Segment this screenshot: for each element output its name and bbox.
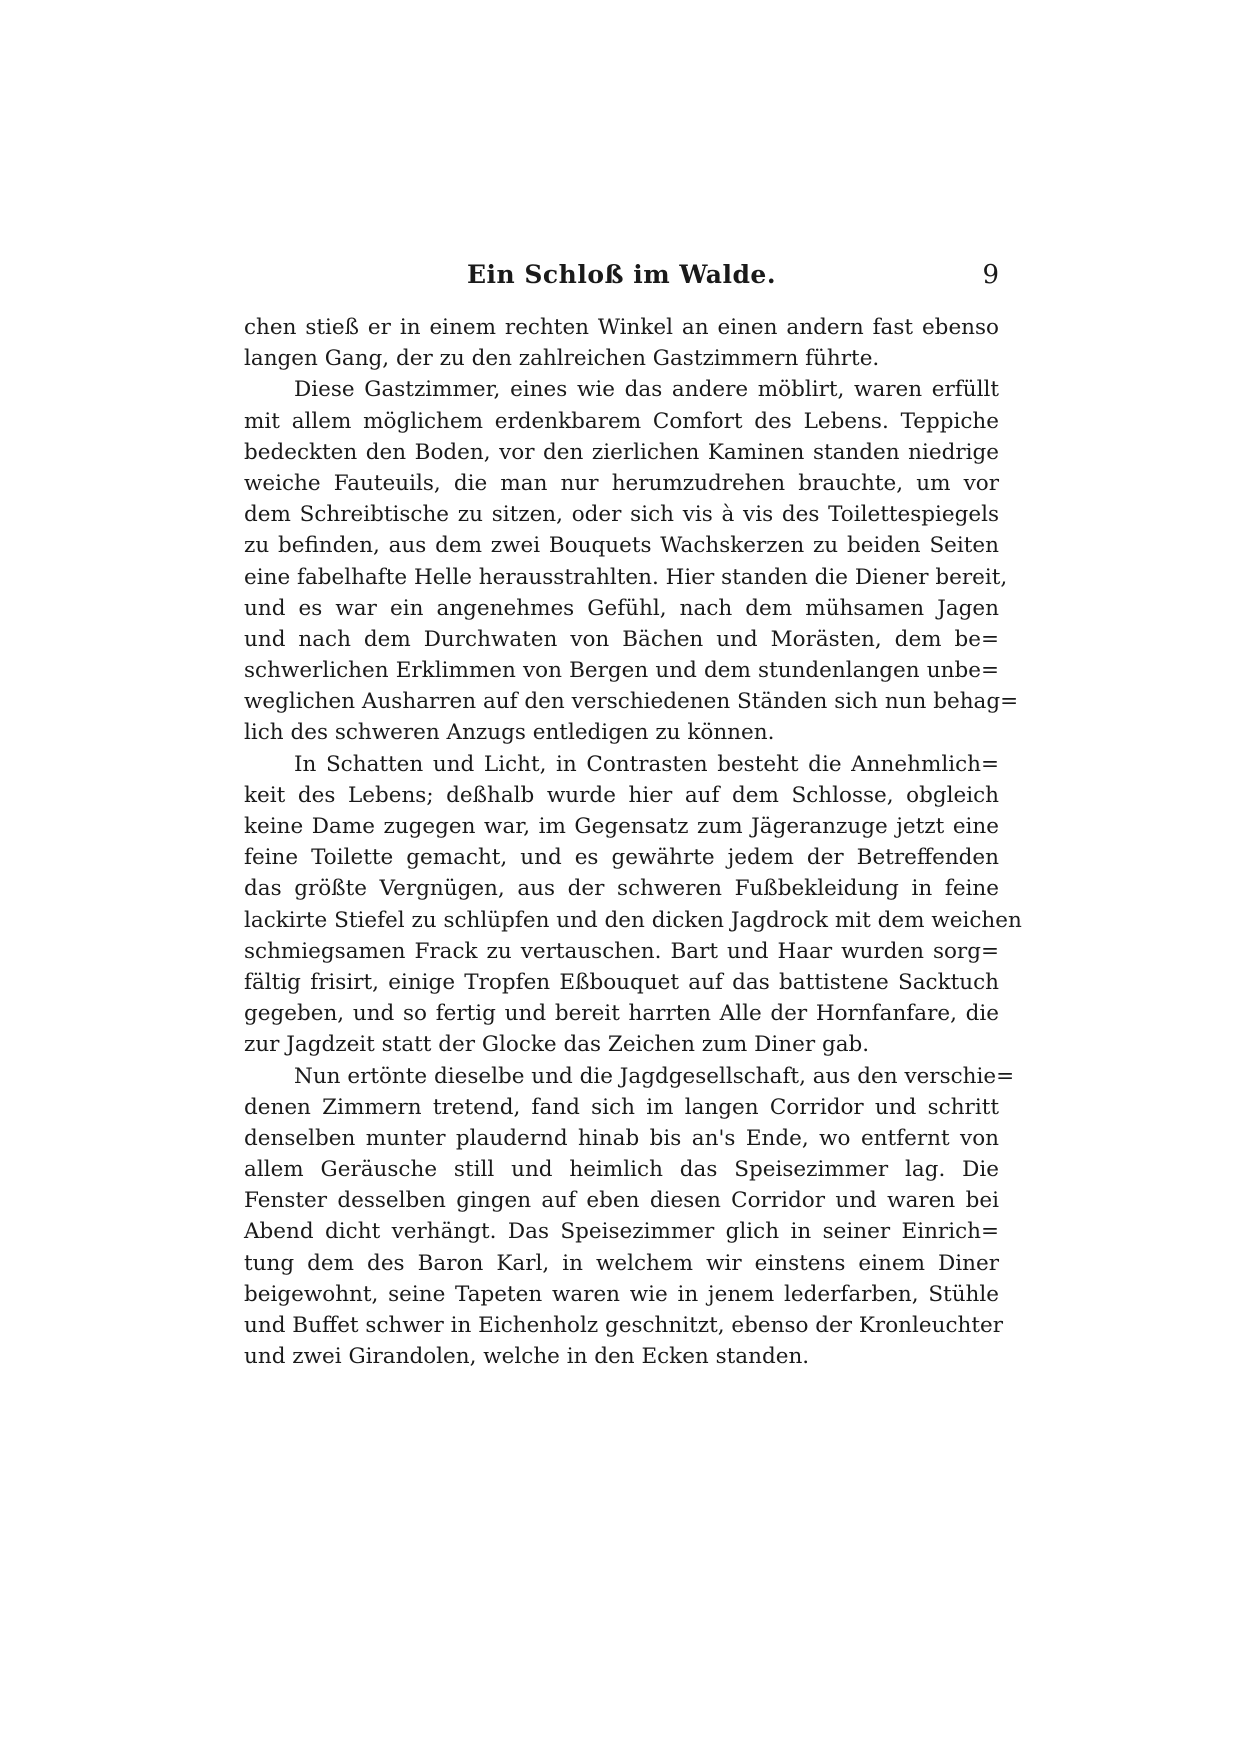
book-page: Ein Schloß im Walde. 9 chen stieß er in …: [0, 0, 1241, 1754]
paragraph-start-line: In Schatten und Licht, in Contrasten bes…: [244, 749, 999, 780]
text-line: weglichen Ausharren auf den verschiedene…: [244, 686, 999, 717]
text-line: eine fabelhafte Helle herausstrahlten. H…: [244, 562, 999, 593]
running-title: Ein Schloß im Walde.: [244, 258, 999, 292]
text-line: lackirte Stiefel zu schlüpfen und den di…: [244, 905, 999, 936]
text-line: weiche Fauteuils, die man nur herumzudre…: [244, 468, 999, 499]
text-line: und Buffet schwer in Eichenholz geschnit…: [244, 1310, 999, 1341]
paragraph-start-line: Diese Gastzimmer, eines wie das andere m…: [244, 374, 999, 405]
text-line: lich des schweren Anzugs entledigen zu k…: [244, 717, 999, 748]
text-line: Fenster desselben gingen auf eben diesen…: [244, 1185, 999, 1216]
text-line: und zwei Girandolen, welche in den Ecken…: [244, 1341, 999, 1372]
text-line: und es war ein angenehmes Gefühl, nach d…: [244, 593, 999, 624]
text-line: zu befinden, aus dem zwei Bouquets Wachs…: [244, 530, 999, 561]
text-line: zur Jagdzeit statt der Glocke das Zeiche…: [244, 1029, 999, 1060]
text-line: gegeben, und so fertig und bereit harrte…: [244, 998, 999, 1029]
text-line: chen stieß er in einem rechten Winkel an…: [244, 312, 999, 343]
text-line: langen Gang, der zu den zahlreichen Gast…: [244, 343, 999, 374]
text-line: das größte Vergnügen, aus der schweren F…: [244, 873, 999, 904]
text-line: beigewohnt, seine Tapeten waren wie in j…: [244, 1279, 999, 1310]
text-line: keit des Lebens; deßhalb wurde hier auf …: [244, 780, 999, 811]
text-line: bedeckten den Boden, vor den zierlichen …: [244, 437, 999, 468]
text-line: allem Geräusche still und heimlich das S…: [244, 1154, 999, 1185]
running-head: Ein Schloß im Walde. 9: [244, 258, 999, 292]
text-line: schwerlichen Erklimmen von Bergen und de…: [244, 655, 999, 686]
paragraph-start-line: Nun ertönte dieselbe und die Jagdgesells…: [244, 1061, 999, 1092]
text-line: feine Toilette gemacht, und es gewährte …: [244, 842, 999, 873]
text-line: schmiegsamen Frack zu vertauschen. Bart …: [244, 936, 999, 967]
text-line: mit allem möglichem erdenkbarem Comfort …: [244, 406, 999, 437]
text-line: keine Dame zugegen war, im Gegensatz zum…: [244, 811, 999, 842]
text-line: denen Zimmern tretend, fand sich im lang…: [244, 1092, 999, 1123]
page-number: 9: [982, 258, 999, 292]
text-line: tung dem des Baron Karl, in welchem wir …: [244, 1248, 999, 1279]
text-line: fältig frisirt, einige Tropfen Eßbouquet…: [244, 967, 999, 998]
text-line: dem Schreibtische zu sitzen, oder sich v…: [244, 499, 999, 530]
body-text: chen stieß er in einem rechten Winkel an…: [244, 312, 999, 1372]
text-line: Abend dicht verhängt. Das Speisezimmer g…: [244, 1216, 999, 1247]
text-line: denselben munter plaudernd hinab bis an'…: [244, 1123, 999, 1154]
text-line: und nach dem Durchwaten von Bächen und M…: [244, 624, 999, 655]
